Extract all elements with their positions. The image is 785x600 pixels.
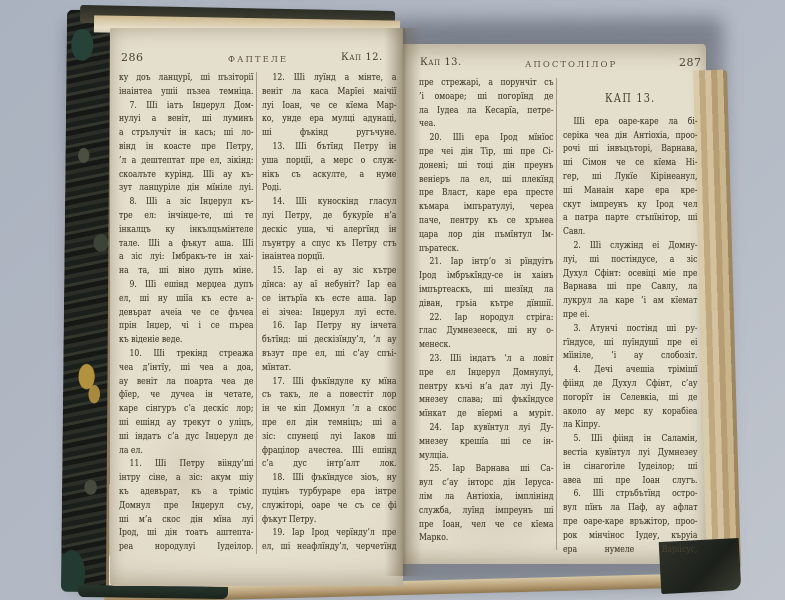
photo-background: 286 ФАПТЕЛЕ Кап 12. Кап 13. АПОСТОЛІЛОР … (0, 0, 785, 600)
text-line: Ірод імбръкїнду-се ін хаінъ (419, 269, 553, 283)
right-chapter-label: Кап 13. (420, 57, 462, 68)
text-line: паче, пентру къ се хрънеа (419, 214, 553, 228)
text-line: ера нумеле Варіісус, (563, 543, 697, 557)
text-line: 3. Атунчі постінд ші ру- (563, 322, 697, 336)
text-line: уша порцїі, а мерс о служ- (262, 154, 396, 168)
column-rule (556, 78, 557, 550)
text-line: 6. Ші стръбътїнд остро- (563, 487, 697, 501)
text-line: вінд ін коасте пре Петру, (119, 140, 253, 154)
text-line: ін сінагогіле Іудеілор; ші (563, 460, 697, 474)
text-line: гїндусе, ші пуїндушї пре еі (563, 336, 697, 350)
text-line: діван, гръіа кътре дїншії. (419, 297, 553, 311)
text-line: луі Петру, де букурїе н’а (262, 209, 396, 223)
text-line: фъкут Петру. (262, 513, 396, 527)
text-line: погорїт ін Селевкіа, ші де (563, 391, 697, 405)
text-line: пъратеск. (419, 242, 553, 256)
text-line: ’л а дештептат пре ел, зікінд: (119, 154, 253, 168)
text-line: 7. Ші іатъ Інџерул Дом- (119, 99, 253, 113)
text-line: 24. Іар кувїнтул луі Ду- (419, 421, 553, 435)
text-line: скут імпреунъ ку Ірод чел (563, 198, 697, 212)
text-line: 16. Іар Петру ну інчета (262, 319, 396, 333)
text-line: 11. Ші Петру віінду’ші (119, 457, 253, 471)
text-line: ел, ші неафлїнду’л, черчетїнд (262, 540, 396, 554)
text-line: съ такъ, ле а повестіт лор (262, 388, 396, 402)
text-line: 4. Дечі ачешіа трімішї (563, 363, 697, 377)
text-line: Роді. (262, 181, 396, 195)
text-line: ку доъ ланцурї, ші пъзіторії (119, 71, 253, 85)
book-cover-bottom-left (78, 585, 228, 599)
text-line: 20. Ші ера Ірод мїнїос (419, 131, 553, 145)
text-line: глас Думнезееск, ші ну о- (419, 324, 553, 338)
text-line: Домнул пре Інџерул съу, (119, 499, 253, 513)
text-line: се інтърїа къ есте аша. Іар (262, 292, 396, 306)
text-line: чеа. (419, 117, 553, 131)
text-line: мулціа. (419, 449, 553, 463)
text-line: пре чеі дін Тір, ші пре Сі- (419, 145, 553, 159)
text-line: 10. Ші трекінд стреажа (119, 347, 253, 361)
right-page-column-1: пре стрежарі, а порунчіт съ’і омоаре; ші… (419, 76, 553, 545)
text-line: на та, ші віно дупъ міне. (119, 264, 253, 278)
text-line: нікъ съ аскулте, а нуме (262, 168, 396, 182)
text-line: Ші ера оаре-каре ла бі- (563, 115, 697, 129)
text-line: ла Іудеа ла Кесарїа, петре- (419, 104, 553, 118)
text-line: мнезеу крешїа ші се ін- (419, 435, 553, 449)
text-line: пре Власт, каре ера престе (419, 186, 553, 200)
text-line: 25. Іар Варнава ші Са- (419, 462, 553, 476)
text-line: прін Інџер, чі і се пъреа (119, 319, 253, 333)
text-line: скоалъте курінд. Ші ау къ- (119, 168, 253, 182)
left-page-column-2: 12. Ші луїнд а мінте, авеніт ла каса Мар… (262, 71, 396, 554)
text-line: 8. Ші а зіс Інџерул къ- (119, 195, 253, 209)
text-line: пре оаре-каре връжітор, проо- (563, 515, 697, 529)
text-line: а патра парте стъпїнітор, ші (563, 211, 697, 225)
text-line: каре сінгуръ с’а дескіс лор; (119, 402, 253, 416)
text-line: серіка чеа дін Антіохіа, проо- (563, 129, 697, 143)
text-line: зут ланцуріле дін мїніле луі. (119, 181, 253, 195)
text-line: гер, ші Лукїе Кірінеанул, (563, 170, 697, 184)
text-line: бътїнд: ші дескізїнду’л, ’л ау (262, 333, 396, 347)
text-line: луі Іоан, че се кїема Мар- (262, 99, 396, 113)
text-line: реа нородулуі Іудеілор. (119, 540, 253, 554)
text-line: пентру къчі н’а дат луі Ду- (419, 380, 553, 394)
text-line: 18. Ші фъкїндусе зіоъ, ну (262, 471, 396, 485)
text-line: Варнава ші пре Савлу, ла (563, 280, 697, 294)
text-line: пуцінъ турбураре ера інтре (262, 485, 396, 499)
text-line: 5. Ші фіінд ін Саламін, (563, 432, 697, 446)
text-line: зіс: спунеці луі Іаков ші (262, 430, 396, 444)
chapter-heading: КАП 13. (563, 82, 697, 115)
text-line: дескіс уша, чі алергїнд ін (262, 223, 396, 237)
text-line: възут пре ел, ші с’ау спъі- (262, 347, 396, 361)
text-line: ’і омоаре; ші погорїнд де (419, 90, 553, 104)
text-line: ші індатъ с’а дус Інџерул де (119, 430, 253, 444)
text-line: вул пїнъ ла Паф, ау афлат (563, 501, 697, 515)
text-line: фіінд де Духул Сфінт, с’ау (563, 377, 697, 391)
right-page-column-2: КАП 13. Ші ера оаре-каре ла бі-серіка че… (563, 82, 697, 556)
text-line: тре ел: інчінџе-те, ші те (119, 209, 253, 223)
text-line: 2. Ші служінд еі Домну- (563, 239, 697, 253)
text-line: аколо ау мерс ку корабіеа (563, 405, 697, 419)
text-line: авеа ші пре Іоан слугъ. (563, 474, 697, 488)
text-line: ла Кіпру. (563, 418, 697, 432)
text-line: нулуі а веніт, ші луминъ (119, 112, 253, 126)
text-line: пре Іоан, чел че се кїема (419, 518, 553, 532)
text-line: пре стрежарі, а порунчіт съ (419, 76, 553, 90)
text-line: ші м’а скос дін мїна луі (119, 513, 253, 527)
text-line: імпъртеаскъ, ші шезїнд ла (419, 283, 553, 297)
text-line: ла ел. (119, 444, 253, 458)
text-line: лукрул ла каре ’і ам кїемат (563, 294, 697, 308)
text-line: ші фъкінд ругъчуне. (262, 126, 396, 140)
chapter-text: Ші ера оаре-каре ла бі-серіка чеа дін Ан… (563, 115, 697, 557)
right-page-number: 287 (679, 56, 702, 69)
text-line: донені; ші тоці дін преунъ (419, 159, 553, 173)
text-line: 22. Іар нородул стріга: (419, 311, 553, 325)
text-line: девърат ачеіа че се фъчеа (119, 306, 253, 320)
text-line: 23. Ші індатъ ’л а ловіт (419, 352, 553, 366)
text-line: 13. Ші бътїнд Петру ін (262, 140, 396, 154)
text-line: інтру сіне, а зіс: акум шіу (119, 471, 253, 485)
text-line: къмара імпъратулуі, череа (419, 200, 553, 214)
text-line: мїнкат де вїермі а муріт. (419, 407, 553, 421)
text-line: пре ел Інџерул Домнулуі, (419, 366, 553, 380)
text-line: къ адевърат, къ а тріміс (119, 485, 253, 499)
text-line: служіторі, оаре че съ се фі (262, 499, 396, 513)
text-line: ел, ші ну шіїа къ есте а- (119, 292, 253, 306)
text-line: 9. Ші ешінд мерџеа дупъ (119, 278, 253, 292)
text-line: рочі ші інвъцъторі, Варнава, (563, 142, 697, 156)
text-line: цара лор дін пъмїнтул Ім- (419, 228, 553, 242)
left-running-title: ФАПТЕЛЕ (228, 55, 288, 65)
text-line: 19. Іар Ірод черїнду’л пре (262, 526, 396, 540)
left-chapter-label: Кап 12. (341, 52, 383, 63)
left-page-column-1: ку доъ ланцурї, ші пъзіторіїінаінтеа уші… (119, 71, 253, 554)
text-line: ко, унде ера мулці адунаці, (262, 112, 396, 126)
text-line: рок мінчінос Іудеу, къруіа (563, 529, 697, 543)
text-line: ау веніт ла поарта чеа де (119, 375, 253, 389)
text-line: лъунтру а спус къ Петру стъ (262, 237, 396, 251)
left-page-number: 286 (121, 51, 144, 64)
text-line: фрацілор ачестеа. Ші ешінд (262, 444, 396, 458)
column-rule (256, 72, 257, 554)
right-running-title: АПОСТОЛІЛОР (525, 60, 617, 70)
text-line: ші ешінд ау трекут о уліцъ, (119, 416, 253, 430)
text-line: інаінтеа ушіі пъзеа темніца. (119, 85, 253, 99)
text-line: вестіа кувїнтул луі Думнезеу (563, 446, 697, 460)
text-line: лім ла Антіохіа, імплінінд (419, 490, 553, 504)
text-line: ші Сімон че се кїема Ні- (563, 156, 697, 170)
text-line: мїініле, ’і ау слобозіт. (563, 349, 697, 363)
text-line: менеск. (419, 338, 553, 352)
text-line: мїнтат. (262, 361, 396, 375)
text-line: 12. Ші луїнд а мінте, а (262, 71, 396, 85)
text-line: а стрълучіт ін касъ; ші ло- (119, 126, 253, 140)
text-line: къ віденіе веде. (119, 333, 253, 347)
text-line: мнезеу слава; ші фъкїндусе (419, 393, 553, 407)
text-line: дїнса: ау аї небуніт? Іар еа (262, 278, 396, 292)
text-line: а зіс луі: Імбракъ-те ін хаі- (119, 250, 253, 264)
text-line: веніеръ ла ел, ші плекїнд (419, 173, 553, 187)
text-line: Савл. (563, 225, 697, 239)
text-line: 15. Іар еі ау зіс кътре (262, 264, 396, 278)
text-line: пре ел дін темніцъ; ші а (262, 416, 396, 430)
text-line: фїер, че дучеа ін четате, (119, 388, 253, 402)
text-line: луі, ші постіндусе, а зіс (563, 253, 697, 267)
text-line: 21. Іар інтр’о зі рїндуітъ (419, 255, 553, 269)
text-line: вул с’ау інторс дін Іеруса- (419, 476, 553, 490)
text-line: с’а дус інтр’алт лок. (262, 457, 396, 471)
text-line: Духул Сфінт: осевіці міе пре (563, 267, 697, 281)
text-line: чеа д’інтїу, ші чеа а доа, (119, 361, 253, 375)
text-line: Ірод, ші дін тоатъ аштепта- (119, 526, 253, 540)
text-line: веніт ла каса Марїеі маічії (262, 85, 396, 99)
text-line: служба, луїнд імпреунъ ші (419, 504, 553, 518)
text-line: ін че кіп Домнул ’л а скос (262, 402, 396, 416)
text-line: Марко. (419, 531, 553, 545)
text-line: еі зічеа: Інџерул луі есте. (262, 306, 396, 320)
text-line: інаінтеа порцїі. (262, 250, 396, 264)
text-line: тале. Ші а фъкут аша. Ші (119, 237, 253, 251)
text-line: пре еі. (563, 308, 697, 322)
text-line: інкалцъ ку інкълцъмінтеле (119, 223, 253, 237)
text-line: ші Манаін каре ера кре- (563, 184, 697, 198)
text-line: 17. Ші фъкїндуле ку мїна (262, 375, 396, 389)
text-line: 14. Ші куноскінд гласул (262, 195, 396, 209)
